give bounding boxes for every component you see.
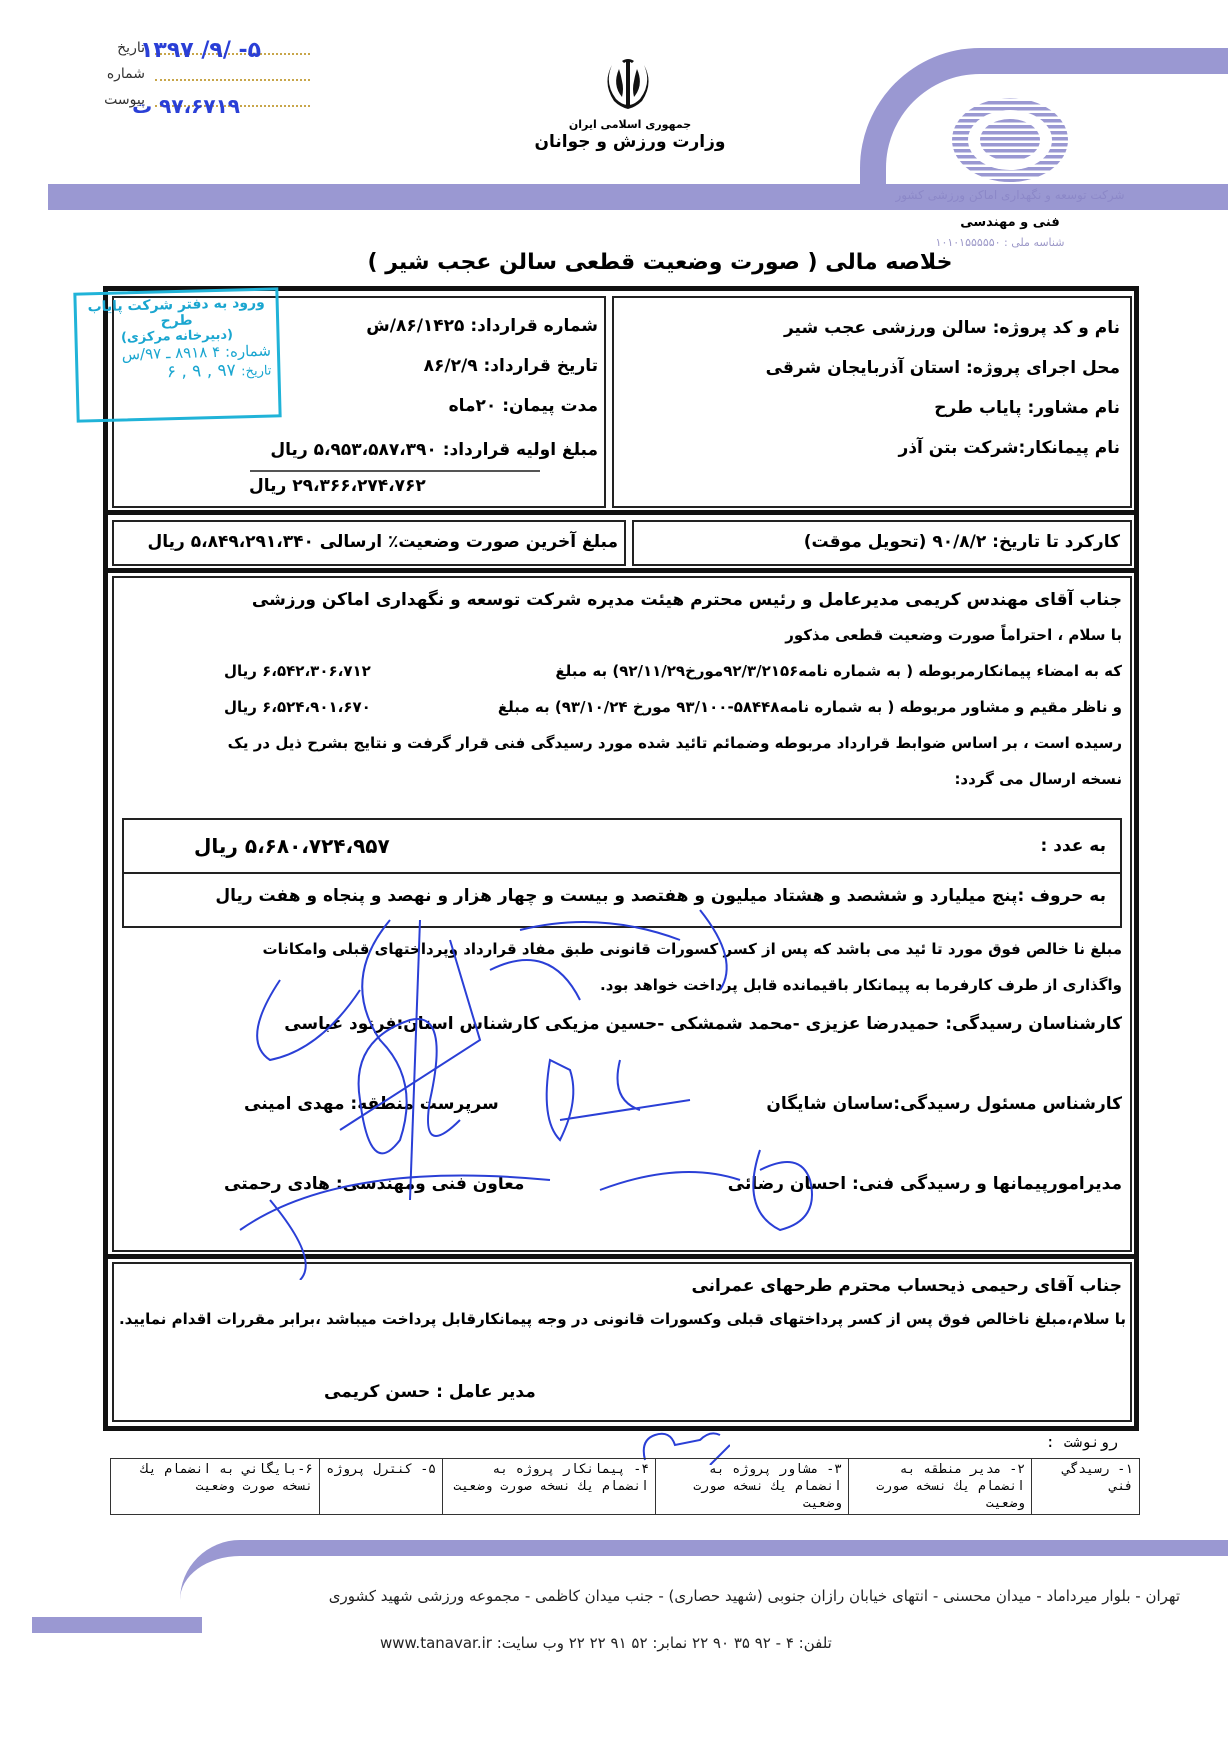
distribution-item-5: ۵- كنترل پروژه — [320, 1459, 443, 1515]
consultant-name: نام مشاور: پایاب طرح — [934, 398, 1120, 418]
footer-band — [32, 1617, 202, 1633]
date-label: تاریخ — [90, 40, 145, 56]
letter-addressee: جناب آقای مهندس کریمی مدیرعامل و رئیس مح… — [252, 590, 1122, 610]
consultant-amount: ۶،۵۲۴،۹۰۱،۶۷۰ ریال — [224, 698, 371, 716]
adjusted-contract-amount: ۲۹،۳۶۶،۲۷۴،۷۶۲ ریال — [249, 476, 426, 496]
amount-underline — [250, 470, 540, 472]
number-label: شماره — [90, 66, 145, 82]
receipt-stamp: ورود به دفتر شرکت پایاب طرح (دبیرخانه مر… — [73, 287, 281, 422]
numeric-value: ۵،۶۸۰،۷۲۴،۹۵۷ ریال — [194, 834, 390, 858]
result-divider — [124, 872, 1120, 874]
divider — [108, 568, 1134, 573]
letter-line3: رسیده است ، بر اساس ضوابط قرارداد مربوطه… — [228, 734, 1122, 752]
work-until-date: کارکرد تا تاریخ: ۹۰/۸/۲ (تحویل موقت) — [804, 532, 1120, 552]
second-letter-box: جناب آقای رحیمی ذیحساب محترم طرحهای عمرا… — [112, 1262, 1132, 1422]
handwritten-number: ۹۷،۶۷۱۹ ت — [60, 94, 240, 118]
distribution-item-3: ۳- مشاور پروژه به انضمام يك نسخه صورت وض… — [656, 1459, 849, 1515]
ministry-name: وزارت ورزش و جوانان — [520, 132, 740, 152]
contractor-name: نام پیمانکار:شرکت بتن آذر — [899, 438, 1120, 458]
contract-number: شماره قرارداد: ۸۶/۱۴۲۵/ش — [366, 316, 598, 336]
letter-line1: که به امضاء پیمانکارمربوطه ( به شماره نا… — [555, 662, 1122, 680]
project-name: نام و کد پروژه: سالن ورزشی عجب شیر — [784, 318, 1120, 338]
letter-line2: و ناظر مقیم و مشاور مربوطه ( به شماره نا… — [498, 698, 1122, 716]
last-statement-box: مبلغ آخرین صورت وضعیت٪ ارسالی ۵،۸۴۹،۲۹۱،… — [112, 520, 626, 566]
note-line1: مبلغ نا خالص فوق مورد تا ئید می باشد که … — [263, 940, 1123, 958]
note-line2: واگذاری از طرف کارفرما به پیمانکار باقیم… — [600, 976, 1122, 994]
footer-address: تهران - بلوار میرداماد - میدان محسنی - ا… — [170, 1584, 1180, 1608]
stamp-number-label: شماره: — [225, 342, 271, 361]
contract-duration: مدت پیمان: ۲۰ماه — [449, 396, 598, 416]
numeric-label: به عدد : — [1041, 836, 1107, 856]
second-letter-body: با سلام،مبلغ ناخالص فوق پس از کسر پرداخت… — [119, 1310, 1126, 1328]
number-field: شماره — [90, 61, 310, 87]
stamp-date-value: ۹۷ , ۹ , ۶ — [167, 360, 236, 382]
iran-emblem-icon — [598, 55, 658, 115]
technical-deputy: معاون فنی ومهندسی: هادی رحمتی — [224, 1174, 524, 1194]
letter-box: جناب آقای مهندس کریمی مدیرعامل و رئیس مح… — [112, 576, 1132, 1252]
stamp-date-label: تاریخ: — [241, 364, 272, 380]
stamp-date: تاریخ: ۹۷ , ۹ , ۶ — [78, 359, 277, 384]
distribution-item-2: ۲- مدير منطقه به انضمام يك نسخه صورت وضع… — [849, 1459, 1032, 1515]
letter-greeting: با سلام ، احتراماً صورت وضعیت قطعی مذکور — [785, 626, 1122, 644]
region-supervisor: سرپرست منطقه: مهدی امینی — [244, 1094, 499, 1114]
contract-date: تاریخ قرارداد: ۸۶/۲/۹ — [424, 356, 598, 376]
number-dots — [155, 67, 310, 81]
distribution-item-4: ۴- پيمانكار پروژه به انضمام يك نسخه صورت… — [443, 1459, 656, 1515]
company-logo-icon — [950, 95, 1070, 185]
initial-contract-amount: مبلغ اولیه قرارداد: ۵،۹۵۳،۵۸۷،۳۹۰ ریال — [270, 440, 598, 460]
footer-contact: تلفن: ۴ - ۹۲ ۳۵ ۹۰ ۲۲ نمابر: ۵۲ ۹۱ ۲۲ ۲۲… — [380, 1634, 832, 1652]
reviewers: کارشناسان رسیدگی: حمیدرضا عزیزی -محمد شم… — [284, 1014, 1122, 1034]
distribution-item-6: ۶-بايگاني به انضمام يك نسخه صورت وضعيت — [111, 1459, 320, 1515]
last-statement-amount: مبلغ آخرین صورت وضعیت٪ ارسالی ۵،۸۴۹،۲۹۱،… — [148, 532, 618, 552]
document-title: خلاصه مالی ( صورت وضعیت قطعی سالن عجب شی… — [300, 250, 1020, 275]
company-department: فنی و مهندسی — [940, 215, 1080, 230]
result-box: به عدد : ۵،۶۸۰،۷۲۴،۹۵۷ ریال به حروف :پنج… — [122, 818, 1122, 928]
distribution-label: رونوشت : — [1046, 1433, 1118, 1451]
amount-in-words: به حروف :پنج میلیارد و ششصد و هشتاد میلی… — [215, 886, 1106, 906]
stamp-line1: ورود به دفتر شرکت پایاب طرح — [77, 294, 277, 331]
project-location: محل اجرای پروژه: استان آذربایجان شرقی — [766, 358, 1120, 378]
project-info-box: نام و کد پروژه: سالن ورزشی عجب شیر محل ا… — [612, 296, 1132, 508]
responsible-expert: کارشناس مسئول رسیدگی:ساسان شایگان — [766, 1094, 1122, 1114]
letter-line4: نسخه ارسال می گردد: — [954, 770, 1122, 788]
second-letter-addressee: جناب آقای رحیمی ذیحساب محترم طرحهای عمرا… — [691, 1276, 1122, 1296]
divider — [108, 510, 1134, 515]
contracts-manager: مدیرامورپیمانها و رسیدگی فنی: احسان رضائ… — [728, 1174, 1122, 1194]
company-name: شرکت توسعه و نگهداری اماکن ورزشی کشور — [860, 188, 1160, 202]
work-until-box: کارکرد تا تاریخ: ۹۰/۸/۲ (تحویل موقت) — [632, 520, 1132, 566]
divider — [108, 1254, 1134, 1259]
contractor-amount: ۶،۵۴۲،۳۰۶،۷۱۲ ریال — [224, 662, 371, 680]
distribution-item-1: ۱- رسیدگي فني — [1032, 1459, 1140, 1515]
company-national-id: شناسه ملی : ۱۰۱۰۱۵۵۵۵۵۰ — [900, 236, 1100, 249]
distribution-table: ۱- رسیدگي فني ۲- مدير منطقه به انضمام يك… — [110, 1458, 1140, 1515]
country-name: جمهوری اسلامی ایران — [540, 118, 720, 131]
footer-band — [420, 1540, 1228, 1556]
handwritten-date: ۱۳۹۷ /۹/ -۵ — [140, 38, 261, 63]
ceo-signature-line: مدیر عامل : حسن کریمی — [324, 1382, 536, 1402]
